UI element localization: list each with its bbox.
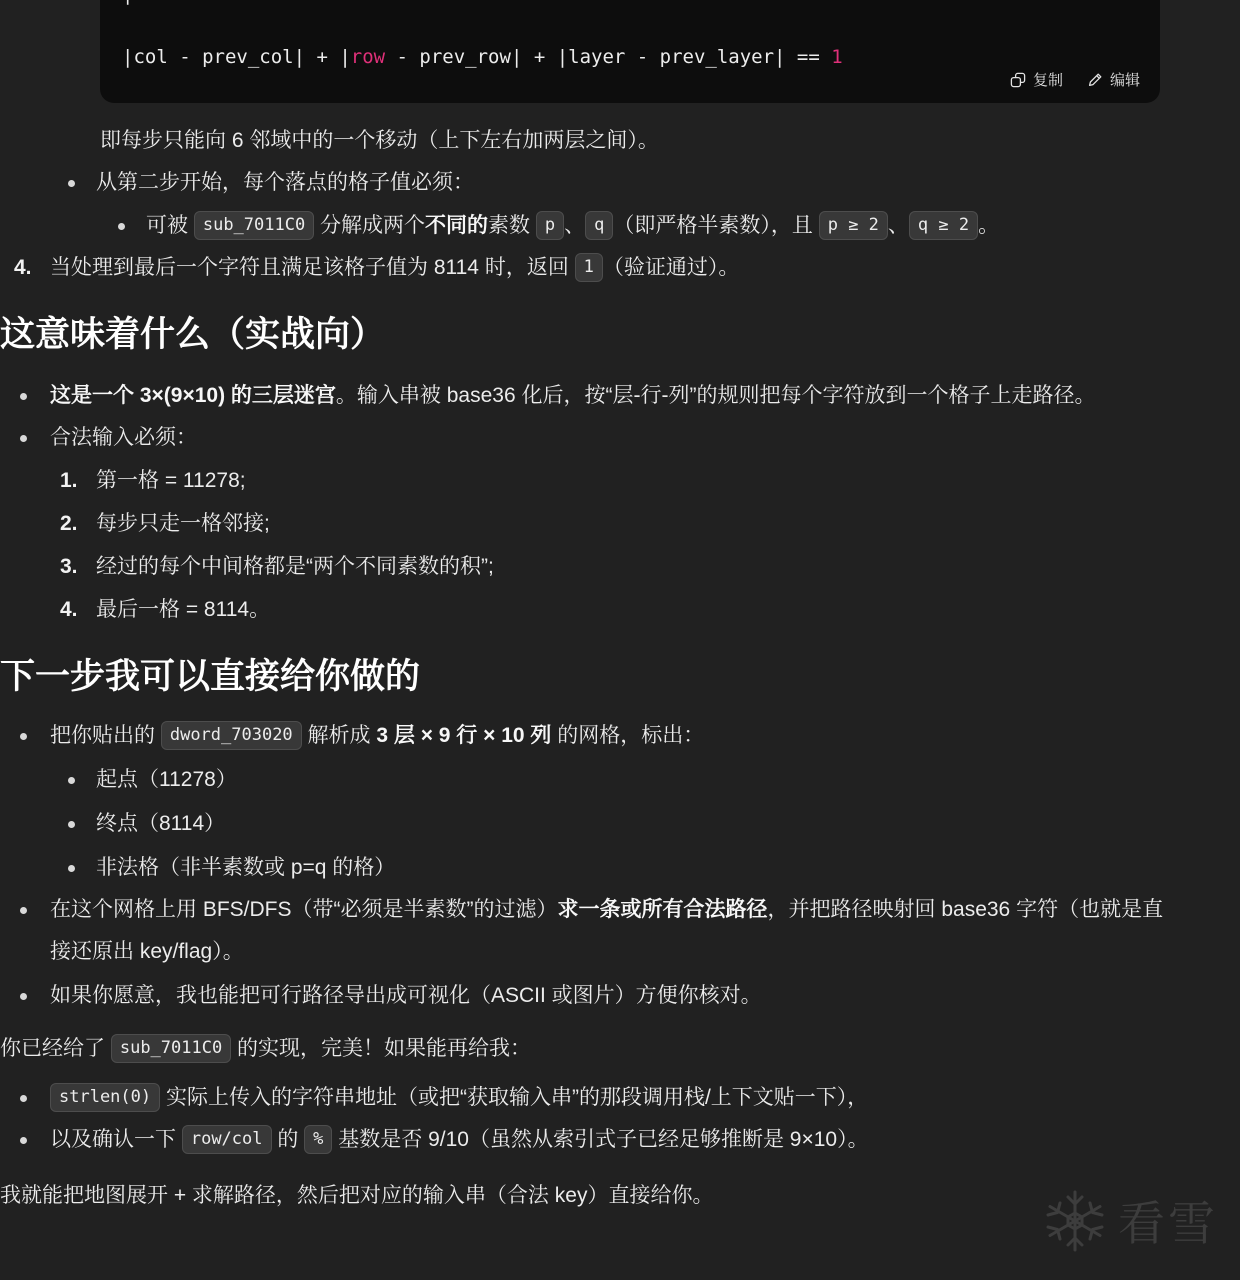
bold-text: 3 层 × 9 行 × 10 列 <box>376 724 551 747</box>
bullet-icon <box>20 733 27 740</box>
bullet-icon <box>20 393 27 400</box>
bullet-icon <box>20 1095 27 1102</box>
list-item-visualize: 如果你愿意，我也能把可行路径导出成可视化（ASCII 或图片）方便你核对。 <box>0 975 1178 1017</box>
list-item-text: 每步只走一格邻接; <box>96 512 270 535</box>
inline-code-mod: % <box>304 1125 332 1154</box>
text-segment: 、 <box>888 214 909 237</box>
list-item-text: 起点（11278） <box>96 768 237 791</box>
copy-icon <box>1010 72 1026 88</box>
list-item-text: 合法输入必须： <box>50 426 197 449</box>
text-segment: 实际上传入的字符串地址（或把“获取输入串”的那段调用栈/上下文贴一下）， <box>160 1086 868 1109</box>
inline-code-q-ge-2: q ≥ 2 <box>909 211 978 240</box>
bullet-icon <box>20 1137 27 1144</box>
ordered-item-4: 4. 当处理到最后一个字符且满足该格子值为 8114 时，返回 1（验证通过）。 <box>0 247 1178 289</box>
text-segment: 你已经给了 <box>0 1037 111 1060</box>
inline-code-q: q <box>585 211 613 240</box>
heading-meaning: 这意味着什么（实战向） <box>0 313 1178 357</box>
text-segment: （验证通过）。 <box>603 256 740 279</box>
list-item-rowcol: 以及确认一下 row/col 的 % 基数是否 9/10（虽然从索引式子已经足够… <box>0 1119 1178 1161</box>
code-line: |col - prev_col| + |row - prev_row| + |l… <box>122 46 843 68</box>
bold-text: 这是一个 3×(9×10) 的三层迷宫 <box>50 384 336 407</box>
bullet-icon <box>20 435 27 442</box>
inline-code-sub7011c0: sub_7011C0 <box>111 1034 231 1063</box>
list-item-step2: 从第二步开始，每个落点的格子值必须： <box>0 162 1178 204</box>
rule-item-2: 2. 每步只走一格邻接; <box>0 503 1178 545</box>
text-segment: 在这个网格上用 BFS/DFS（带“必须是半素数”的过滤） <box>50 898 558 921</box>
rule-item-4: 4. 最后一格 = 8114。 <box>0 589 1178 631</box>
inline-code-dword703020: dword_703020 <box>161 721 302 750</box>
bullet-icon <box>118 223 125 230</box>
text-segment: 当处理到最后一个字符且满足该格子值为 8114 时，返回 <box>50 256 575 279</box>
inline-code-strlen: strlen(0) <box>50 1083 160 1112</box>
inline-code-1: 1 <box>575 253 603 282</box>
list-number: 4. <box>60 589 78 631</box>
pencil-icon <box>1087 72 1103 88</box>
code-clipped-line: | <box>122 0 133 5</box>
text-segment: 分解成两个 <box>314 214 425 237</box>
list-item-semiprime: 可被 sub_7011C0 分解成两个不同的素数 p、q（即严格半素数），且 p… <box>0 205 1178 247</box>
text-segment: 、 <box>564 214 585 237</box>
rule-item-1: 1. 第一格 = 11278; <box>0 460 1178 502</box>
list-item-illegal-cell: 非法格（非半素数或 p=q 的格） <box>0 847 1178 889</box>
bullet-icon <box>20 907 27 914</box>
text-segment: 素数 <box>488 214 536 237</box>
list-number: 4. <box>14 247 32 289</box>
list-item-text: 非法格（非半素数或 p=q 的格） <box>96 856 395 879</box>
list-item-start-cell: 起点（11278） <box>0 759 1178 801</box>
list-item-maze: 这是一个 3×(9×10) 的三层迷宫。输入串被 base36 化后，按“层-行… <box>0 375 1178 417</box>
request-outro: 我就能把地图展开 + 求解路径，然后把对应的输入串（合法 key）直接给你。 <box>0 1175 1178 1217</box>
list-item-valid-input: 合法输入必须： <box>0 417 1178 459</box>
text-segment: （即严格半素数），且 <box>613 214 818 237</box>
bullet-icon <box>68 777 75 784</box>
text-segment: 以及确认一下 <box>50 1128 182 1151</box>
bold-text: 不同的 <box>425 214 488 237</box>
inline-code-rowcol: row/col <box>182 1125 272 1154</box>
list-item-text: 最后一格 = 8114。 <box>96 598 270 621</box>
text-segment: 可被 <box>146 214 194 237</box>
chat-page: | |col - prev_col| + |row - prev_row| + … <box>0 0 1240 1280</box>
list-number: 1. <box>60 460 78 502</box>
bullet-icon <box>68 180 75 187</box>
code-actions: 复制 编辑 <box>1002 65 1148 94</box>
assistant-message: 即每步只能向 6 邻域中的一个移动（上下左右加两层之间）。 从第二步开始，每个落… <box>0 120 1178 1217</box>
edit-button[interactable]: 编辑 <box>1079 65 1148 94</box>
text-segment: 的实现，完美！如果能再给我： <box>231 1037 531 1060</box>
list-item-parse-grid: 把你贴出的 dword_703020 解析成 3 层 × 9 行 × 10 列 … <box>0 715 1178 757</box>
list-item-text: 第一格 = 11278; <box>96 469 246 492</box>
bold-text: 求一条或所有合法路径 <box>558 898 768 921</box>
text-segment: 的 <box>272 1128 305 1151</box>
text-segment: 的网格，标出： <box>551 724 704 747</box>
text-segment: 。输入串被 base36 化后，按“层-行-列”的规则把每个字符放到一个格子上走… <box>336 384 1096 407</box>
text-segment: 解析成 <box>302 724 377 747</box>
code-segment: |col - prev_col| + | <box>122 46 351 68</box>
bullet-icon <box>68 865 75 872</box>
list-item-text: 从第二步开始，每个落点的格子值必须： <box>96 171 474 194</box>
code-segment: - prev_row| + |layer - prev_layer| == <box>385 46 831 68</box>
text-segment: 。 <box>978 214 999 237</box>
request-intro: 你已经给了 sub_7011C0 的实现，完美！如果能再给我： <box>0 1028 1178 1070</box>
code-token-number: 1 <box>831 46 842 68</box>
heading-next-steps: 下一步我可以直接给你做的 <box>0 655 1178 699</box>
text-segment: 基数是否 9/10（虽然从索引式子已经足够推断是 9×10）。 <box>332 1128 868 1151</box>
text-segment: 把你贴出的 <box>50 724 161 747</box>
list-item-text: 如果你愿意，我也能把可行路径导出成可视化（ASCII 或图片）方便你核对。 <box>50 984 762 1007</box>
list-item-strlen: strlen(0) 实际上传入的字符串地址（或把“获取输入串”的那段调用栈/上下… <box>0 1077 1178 1119</box>
inline-code-sub7011c0: sub_7011C0 <box>194 211 314 240</box>
list-item-text: 终点（8114） <box>96 812 225 835</box>
code-token-row: row <box>351 46 385 68</box>
move-note: 即每步只能向 6 邻域中的一个移动（上下左右加两层之间）。 <box>0 120 1178 162</box>
list-number: 2. <box>60 503 78 545</box>
list-number: 3. <box>60 546 78 588</box>
list-item-end-cell: 终点（8114） <box>0 803 1178 845</box>
copy-button[interactable]: 复制 <box>1002 65 1071 94</box>
inline-code-p-ge-2: p ≥ 2 <box>819 211 888 240</box>
bullet-icon <box>20 993 27 1000</box>
copy-label: 复制 <box>1033 69 1063 90</box>
list-item-text: 经过的每个中间格都是“两个不同素数的积”; <box>96 555 494 578</box>
inline-code-p: p <box>536 211 564 240</box>
bullet-icon <box>68 821 75 828</box>
rule-item-3: 3. 经过的每个中间格都是“两个不同素数的积”; <box>0 546 1178 588</box>
list-item-bfs: 在这个网格上用 BFS/DFS（带“必须是半素数”的过滤）求一条或所有合法路径，… <box>0 889 1178 973</box>
edit-label: 编辑 <box>1110 69 1140 90</box>
code-block: | |col - prev_col| + |row - prev_row| + … <box>100 0 1160 103</box>
